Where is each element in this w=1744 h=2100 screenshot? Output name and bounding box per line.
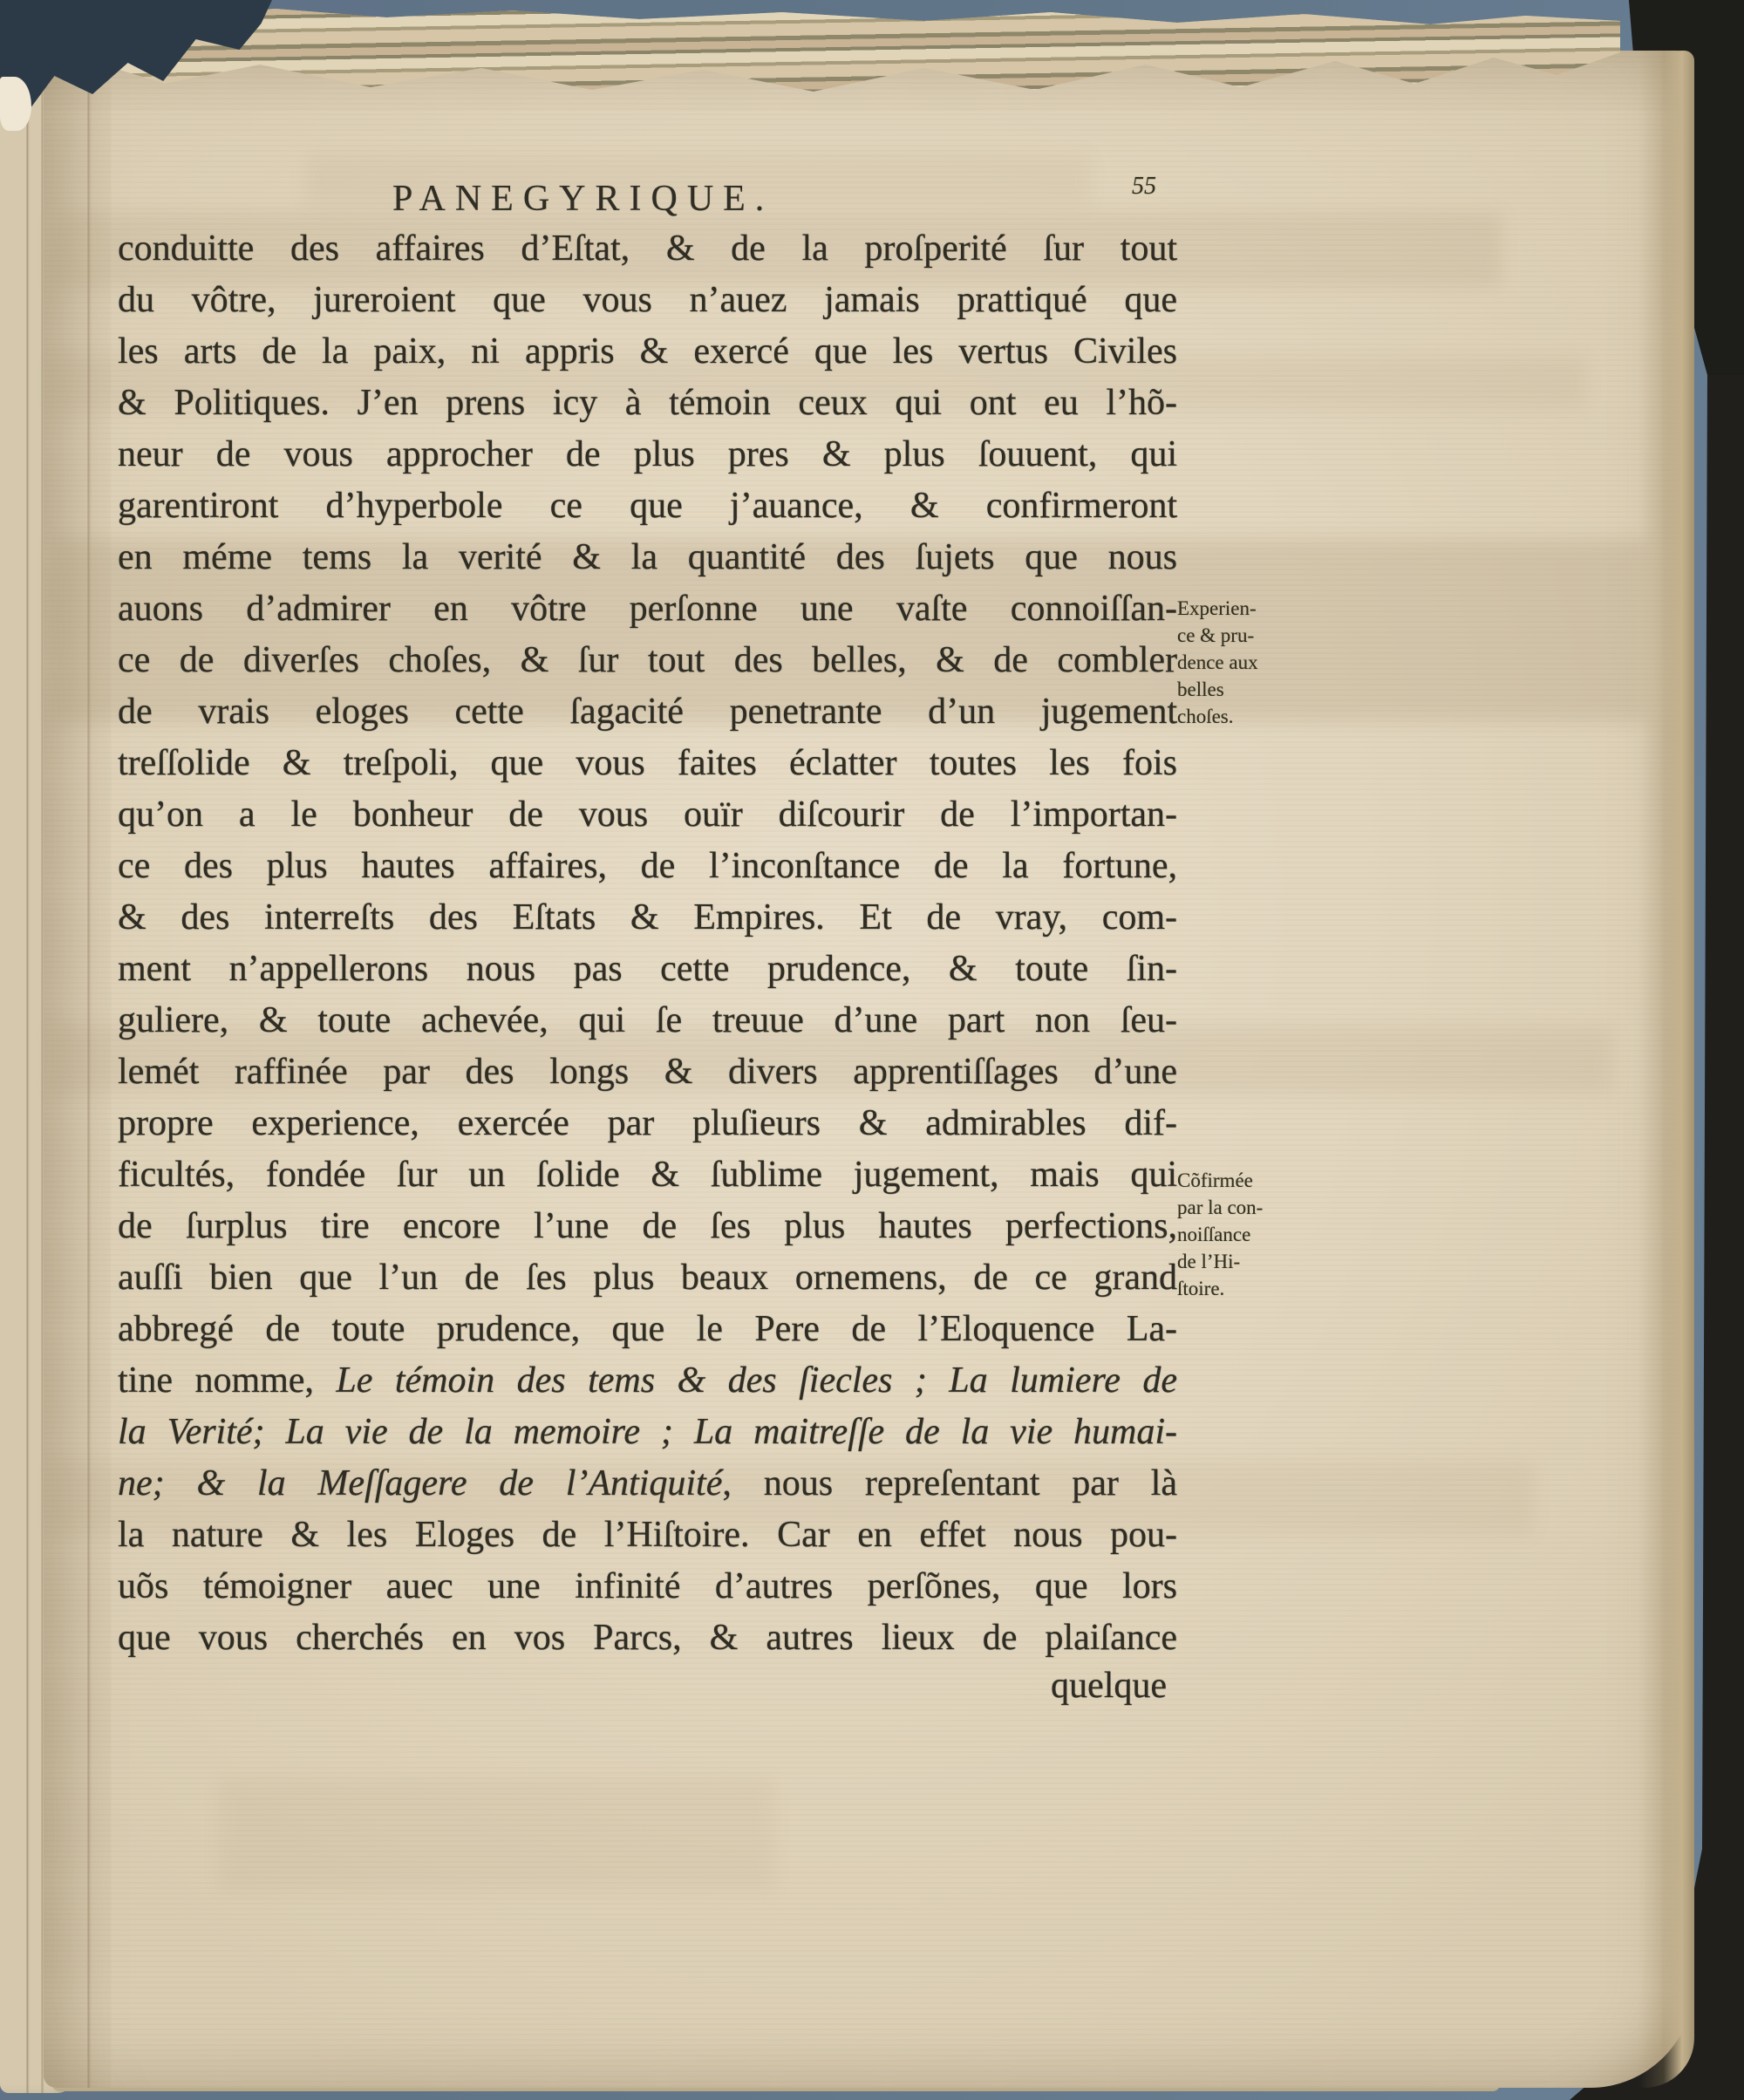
text-line: neur de vous approcher de plus pres & pl… [118, 429, 1177, 481]
roman-phrase: guliere, & toute achevée, qui ſe treuue … [118, 1000, 1177, 1040]
italic-phrase: la Verité; La vie de la memoire ; La mai… [118, 1412, 1177, 1452]
text-line: & des interreſts des Eſtats & Empires. E… [118, 892, 1177, 944]
roman-phrase: tine nomme, [118, 1360, 336, 1401]
running-title: PANEGYRIQUE. [392, 178, 773, 220]
margin-note-line: noiſſance [1177, 1221, 1339, 1248]
text-line: tine nomme, Le témoin des tems & des ſie… [118, 1355, 1177, 1407]
text-line: les arts de la paix, ni appris & exercé … [118, 326, 1177, 378]
italic-phrase: ne; & la Meſſagere de l’Antiquité [118, 1463, 722, 1503]
roman-phrase: abbregé de toute prudence, que le Pere d… [118, 1309, 1177, 1349]
roman-phrase: conduitte des affaires d’Eſtat, & de la … [118, 228, 1177, 269]
roman-phrase: de vrais eloges cette ſagacité penetrant… [118, 692, 1177, 732]
roman-phrase: & Politiques. J’en prens icy à témoin ce… [118, 383, 1177, 423]
text-line: qu’on a le bonheur de vous ouïr diſcouri… [118, 789, 1177, 841]
roman-phrase: & des interreſts des Eſtats & Empires. E… [118, 897, 1177, 937]
aging-band [218, 1777, 776, 1891]
text-line: du vôtre, jureroient que vous n’auez jam… [118, 275, 1177, 326]
body-text: conduitte des affaires d’Eſtat, & de la … [118, 223, 1177, 1664]
roman-phrase: , nous repreſentant par là [722, 1463, 1177, 1503]
margin-note-line: ce & pru- [1177, 622, 1339, 649]
margin-note-line: ſtoire. [1177, 1275, 1339, 1302]
text-line: la nature & les Eloges de l’Hiſtoire. Ca… [118, 1510, 1177, 1561]
text-line: treſſolide & treſpoli, que vous faites é… [118, 738, 1177, 789]
text-line: ment n’appellerons nous pas cette pruden… [118, 944, 1177, 995]
text-line: de vrais eloges cette ſagacité penetrant… [118, 686, 1177, 738]
roman-phrase: la nature & les Eloges de l’Hiſtoire. Ca… [118, 1515, 1177, 1555]
roman-phrase: uõs témoigner auec une infinité d’autres… [118, 1566, 1177, 1606]
roman-phrase: propre experience, exercée par pluſieurs… [118, 1103, 1177, 1143]
text-line: uõs témoigner auec une infinité d’autres… [118, 1561, 1177, 1612]
text-line: abbregé de toute prudence, que le Pere d… [118, 1304, 1177, 1355]
text-line: lemét raffinée par des longs & divers ap… [118, 1047, 1177, 1098]
text-line: propre experience, exercée par pluſieurs… [118, 1098, 1177, 1149]
page-number: 55 [1132, 173, 1156, 201]
margin-note-line: de l’Hi- [1177, 1248, 1339, 1275]
roman-phrase: ficultés, fondée ſur un ſolide & ſublime… [118, 1155, 1177, 1195]
margin-note-line: belles [1177, 676, 1339, 703]
margin-note-line: par la con- [1177, 1194, 1339, 1221]
text-line: de ſurplus tire encore l’une de ſes plus… [118, 1201, 1177, 1252]
roman-phrase: que vous cherchés en vos Parcs, & autres… [118, 1618, 1177, 1658]
text-line: la Verité; La vie de la memoire ; La mai… [118, 1407, 1177, 1458]
italic-phrase: Le témoin des tems & des ſiecles ; La lu… [336, 1360, 1177, 1401]
text-line: ne; & la Meſſagere de l’Antiquité, nous … [118, 1458, 1177, 1510]
roman-phrase: auons d’admirer en vôtre perſonne une va… [118, 589, 1177, 629]
margin-note-line: Experien- [1177, 595, 1339, 622]
roman-phrase: en méme tems la verité & la quantité des… [118, 537, 1177, 577]
text-line: ficultés, fondée ſur un ſolide & ſublime… [118, 1149, 1177, 1201]
text-line: conduitte des affaires d’Eſtat, & de la … [118, 223, 1177, 275]
roman-phrase: du vôtre, jureroient que vous n’auez jam… [118, 280, 1177, 320]
margin-note-line: choſes. [1177, 703, 1339, 730]
text-line: ce des plus hautes affaires, de l’inconſ… [118, 841, 1177, 892]
roman-phrase: lemét raffinée par des longs & divers ap… [118, 1052, 1177, 1092]
roman-phrase: les arts de la paix, ni appris & exercé … [118, 331, 1177, 372]
text-line: auons d’admirer en vôtre perſonne une va… [118, 583, 1177, 635]
roman-phrase: treſſolide & treſpoli, que vous faites é… [118, 743, 1177, 783]
roman-phrase: ce des plus hautes affaires, de l’inconſ… [118, 846, 1177, 886]
roman-phrase: auſſi bien que l’un de ſes plus beaux or… [118, 1258, 1177, 1298]
roman-phrase: garentiront d’hyperbole ce que j’auance,… [118, 486, 1177, 526]
margin-note-line: Cõfirmée [1177, 1167, 1339, 1194]
roman-phrase: qu’on a le bonheur de vous ouïr diſcouri… [118, 794, 1177, 835]
margin-note-histoire: Cõfirméepar la con-noiſſancede l’Hi-ſtoi… [1177, 1167, 1339, 1302]
margin-note-line: dence aux [1177, 649, 1339, 676]
text-line: guliere, & toute achevée, qui ſe treuue … [118, 995, 1177, 1047]
book-page: PANEGYRIQUE. 55 conduitte des affaires d… [44, 51, 1694, 2088]
text-line: que vous cherchés en vos Parcs, & autres… [118, 1612, 1177, 1664]
text-line: garentiront d’hyperbole ce que j’auance,… [118, 481, 1177, 532]
catchword: quelque [118, 1660, 1167, 1712]
roman-phrase: ce de diverſes choſes, & ſur tout des be… [118, 640, 1177, 680]
text-line: & Politiques. J’en prens icy à témoin ce… [118, 378, 1177, 429]
text-line: auſſi bien que l’un de ſes plus beaux or… [118, 1252, 1177, 1304]
margin-note-experience: Experien-ce & pru-dence auxbelleschoſes. [1177, 595, 1339, 730]
roman-phrase: ment n’appellerons nous pas cette pruden… [118, 949, 1177, 989]
page-deckle-edge [1638, 51, 1694, 2088]
text-line: ce de diverſes choſes, & ſur tout des be… [118, 635, 1177, 686]
roman-phrase: de ſurplus tire encore l’une de ſes plus… [118, 1206, 1177, 1246]
roman-phrase: neur de vous approcher de plus pres & pl… [118, 434, 1177, 474]
book-scan: PANEGYRIQUE. 55 conduitte des affaires d… [0, 0, 1744, 2100]
text-line: en méme tems la verité & la quantité des… [118, 532, 1177, 583]
